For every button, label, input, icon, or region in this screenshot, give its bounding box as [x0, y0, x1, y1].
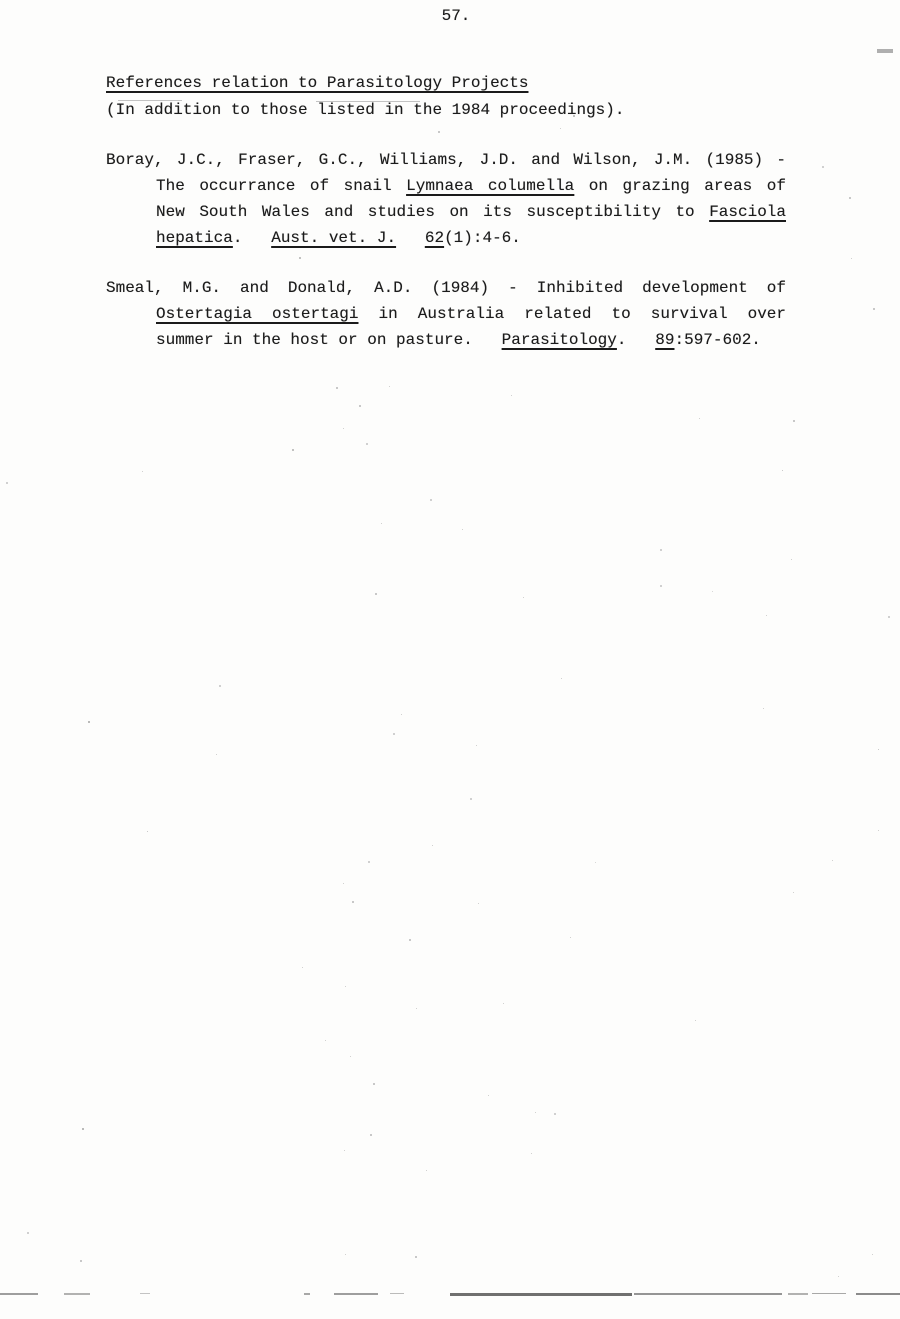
- underlined-text-segment: Lymnaea columella: [406, 177, 574, 195]
- scan-baseline-segment: [64, 1293, 90, 1295]
- scan-speck: [366, 443, 368, 445]
- scan-speck: [476, 745, 477, 746]
- scan-speck: [426, 1170, 427, 1171]
- underlined-text-segment: 89: [655, 331, 674, 349]
- scan-speck: [462, 529, 463, 530]
- scan-speck: [511, 395, 512, 396]
- scan-speck: [409, 939, 411, 941]
- text-segment: in Australia related to survival over: [358, 305, 786, 323]
- text-segment: on grazing areas of: [574, 177, 786, 195]
- scan-speck: [849, 197, 851, 199]
- scan-speck: [470, 798, 472, 800]
- scan-speck: [393, 733, 395, 735]
- scan-speck: [27, 1232, 29, 1234]
- scan-speck: [573, 115, 575, 117]
- scan-speck: [80, 1260, 82, 1262]
- scan-speck: [766, 615, 767, 616]
- scan-speck: [6, 482, 8, 484]
- scan-speck: [345, 986, 346, 987]
- text-segment: (1):4-6.: [444, 229, 521, 247]
- scan-speck: [373, 1083, 375, 1085]
- scan-speck: [345, 1254, 346, 1255]
- scan-baseline-segment: [140, 1293, 150, 1294]
- scan-speck: [389, 386, 390, 387]
- scan-speck: [878, 830, 879, 831]
- underlined-text-segment: Fasciola: [709, 203, 786, 221]
- scan-speck: [350, 1056, 351, 1057]
- scan-speck: [561, 678, 562, 679]
- scan-speck: [791, 559, 792, 560]
- scan-understrike-segment: [118, 100, 182, 101]
- scan-speck: [142, 471, 143, 472]
- scan-speck: [219, 685, 221, 687]
- scan-baseline-segment: [390, 1293, 404, 1294]
- scan-speck: [570, 937, 571, 938]
- scan-speck: [401, 714, 402, 715]
- scan-speck: [554, 1113, 556, 1115]
- scan-speck: [660, 585, 662, 587]
- scan-speck: [595, 862, 596, 863]
- references-heading: References relation to Parasitology Proj…: [106, 71, 528, 95]
- scan-speck: [370, 1134, 372, 1136]
- scan-baseline-segment: [334, 1293, 378, 1295]
- reference-line: New South Wales and studies on its susce…: [156, 199, 786, 225]
- text-segment: [396, 229, 425, 247]
- scan-speck: [368, 861, 370, 863]
- text-segment: New South Wales and studies on its susce…: [156, 203, 709, 221]
- scan-speck: [872, 1254, 873, 1255]
- scan-speck: [302, 967, 303, 968]
- scan-speck: [793, 420, 795, 422]
- scan-speck: [660, 549, 662, 551]
- scan-speck: [523, 597, 524, 598]
- scan-right-edge-dash: [877, 49, 893, 53]
- scan-speck: [793, 892, 794, 893]
- text-segment: Boray, J.C., Fraser, G.C., Williams, J.D…: [106, 151, 786, 169]
- scan-speck: [782, 470, 783, 471]
- scan-speck: [873, 308, 875, 310]
- scan-speck: [416, 1008, 417, 1009]
- scan-baseline-segment: [450, 1293, 632, 1296]
- scan-speck: [878, 749, 879, 750]
- text-segment: .: [233, 229, 271, 247]
- scan-speck: [336, 387, 338, 389]
- scan-understrike-segment: [316, 101, 420, 102]
- text-segment: summer in the host or on pasture.: [156, 331, 502, 349]
- scan-speck: [832, 860, 833, 861]
- scan-speck: [375, 593, 377, 595]
- scan-speck: [343, 428, 344, 429]
- scanned-document-page: 57. References relation to Parasitology …: [0, 0, 900, 1319]
- scan-speck: [352, 901, 354, 903]
- scan-baseline-segment: [812, 1293, 846, 1294]
- underlined-text-segment: Ostertagia ostertagi: [156, 305, 358, 323]
- scan-speck: [851, 258, 852, 259]
- scan-speck: [695, 1020, 696, 1021]
- reference-line: hepatica. Aust. vet. J. 62(1):4-6.: [156, 225, 786, 251]
- reference-entry-boray: Boray, J.C., Fraser, G.C., Williams, J.D…: [106, 147, 786, 251]
- scan-speck: [531, 1153, 532, 1154]
- scan-speck: [343, 883, 344, 884]
- scan-speck: [216, 754, 217, 755]
- scan-baseline-segment: [0, 1293, 38, 1295]
- scan-speck: [888, 616, 890, 618]
- reference-line: Ostertagia ostertagi in Australia relate…: [156, 301, 786, 327]
- scan-speck: [430, 499, 432, 501]
- scan-speck: [699, 418, 700, 419]
- scan-speck: [488, 1095, 489, 1096]
- scan-speck: [299, 257, 301, 259]
- scan-baseline-segment: [856, 1293, 900, 1295]
- scan-speck: [147, 831, 148, 832]
- scan-speck: [82, 1128, 84, 1130]
- underlined-text-segment: Parasitology: [502, 331, 617, 349]
- scan-speck: [478, 903, 479, 904]
- scan-speck: [438, 131, 440, 133]
- scan-speck: [712, 591, 713, 592]
- scan-speck: [763, 708, 764, 709]
- scan-speck: [535, 1112, 536, 1113]
- reference-line: Boray, J.C., Fraser, G.C., Williams, J.D…: [106, 147, 786, 173]
- scan-speck: [359, 405, 361, 407]
- underlined-text-segment: 62: [425, 229, 444, 247]
- text-segment: Smeal, M.G. and Donald, A.D. (1984) - In…: [106, 279, 786, 297]
- reference-line: The occurrance of snail Lymnaea columell…: [156, 173, 786, 199]
- scan-speck: [838, 1276, 839, 1277]
- scan-baseline-segment: [788, 1293, 808, 1295]
- reference-line: summer in the host or on pasture. Parasi…: [156, 327, 786, 353]
- scan-speck: [503, 1003, 504, 1004]
- underlined-text-segment: Aust. vet. J.: [271, 229, 396, 247]
- scan-speck: [415, 1256, 417, 1258]
- text-segment: :597-602.: [674, 331, 760, 349]
- scan-speck: [381, 523, 382, 524]
- reference-line: Smeal, M.G. and Donald, A.D. (1984) - In…: [106, 275, 786, 301]
- reference-entry-smeal: Smeal, M.G. and Donald, A.D. (1984) - In…: [106, 275, 786, 353]
- scan-speck: [325, 1040, 326, 1041]
- scan-speck: [560, 128, 561, 129]
- scan-speck: [344, 1150, 345, 1151]
- page-number: 57.: [406, 5, 506, 27]
- scan-speck: [292, 449, 294, 451]
- scan-baseline-segment: [634, 1293, 782, 1295]
- scan-speck: [88, 721, 90, 723]
- text-segment: .: [617, 331, 655, 349]
- scan-speck: [432, 845, 433, 846]
- underlined-text-segment: hepatica: [156, 229, 233, 247]
- text-segment: The occurrance of snail: [156, 177, 406, 195]
- scan-speck: [822, 166, 824, 168]
- scan-baseline-segment: [304, 1293, 310, 1295]
